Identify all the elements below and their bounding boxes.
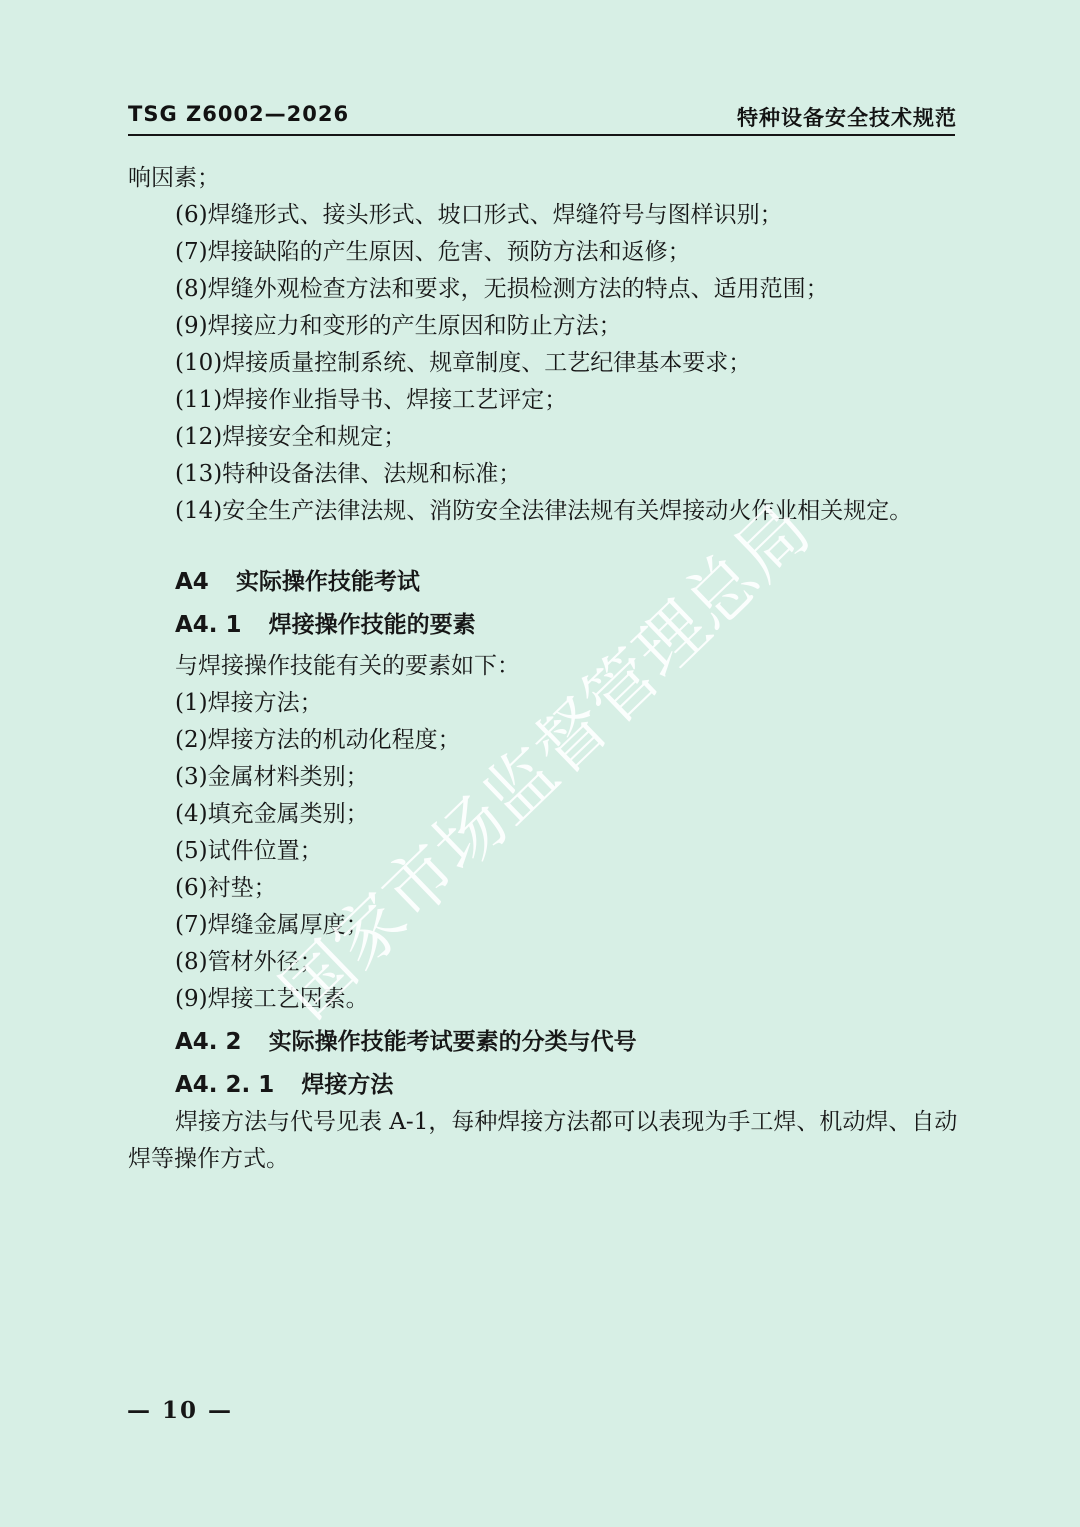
knowledge-item: (6)焊缝形式、接头形式、坡口形式、焊缝符号与图样识别； (128, 197, 964, 234)
knowledge-item: (11)焊接作业指导书、焊接工艺评定； (128, 382, 964, 419)
skill-item: (2)焊接方法的机动化程度； (128, 722, 964, 759)
skill-item: (5)试件位置； (128, 833, 964, 870)
section-number: A4. 2. 1 (175, 1067, 274, 1104)
a41-intro-line: 与焊接操作技能有关的要素如下： (128, 648, 964, 685)
header-doc-code: TSG Z6002—2026 (128, 102, 349, 126)
skill-item: (9)焊接工艺因素。 (128, 981, 964, 1018)
document-body: 响因素； (6)焊缝形式、接头形式、坡口形式、焊缝符号与图样识别； (7)焊接缺… (128, 160, 964, 1178)
section-number: A4 (175, 564, 209, 601)
section-title: 实际操作技能考试 (236, 569, 420, 595)
skill-item: (1)焊接方法； (128, 685, 964, 722)
page-number: — 10 — (127, 1397, 233, 1424)
knowledge-item: (14)安全生产法律法规、消防安全法律法规有关焊接动火作业相关规定。 (128, 493, 964, 530)
continuation-line: 响因素； (128, 160, 964, 197)
skill-item: (6)衬垫； (128, 870, 964, 907)
knowledge-item: (12)焊接安全和规定； (128, 419, 964, 456)
section-heading-a4-2-1: A4. 2. 1焊接方法 (128, 1067, 964, 1104)
section-title: 焊接方法 (301, 1072, 393, 1098)
section-heading-a4-1: A4. 1焊接操作技能的要素 (128, 607, 964, 644)
section-heading-a4: A4实际操作技能考试 (128, 564, 964, 601)
skill-item: (8)管材外径； (128, 944, 964, 981)
section-heading-a4-2: A4. 2实际操作技能考试要素的分类与代号 (128, 1024, 964, 1061)
knowledge-item: (13)特种设备法律、法规和标准； (128, 456, 964, 493)
paragraph-line: 焊接方法与代号见表 A-1，每种焊接方法都可以表现为手工焊、机动焊、自动 (128, 1104, 964, 1141)
section-title: 焊接操作技能的要素 (269, 612, 476, 638)
skill-item: (7)焊缝金属厚度； (128, 907, 964, 944)
knowledge-item: (7)焊接缺陷的产生原因、危害、预防方法和返修； (128, 234, 964, 271)
skill-item: (3)金属材料类别； (128, 759, 964, 796)
knowledge-item: (8)焊缝外观检查方法和要求，无损检测方法的特点、适用范围； (128, 271, 964, 308)
section-title: 实际操作技能考试要素的分类与代号 (269, 1029, 637, 1055)
section-number: A4. 2 (175, 1024, 242, 1061)
skill-item: (4)填充金属类别； (128, 796, 964, 833)
header-rule (128, 134, 955, 136)
header-doc-title: 特种设备安全技术规范 (737, 102, 957, 132)
paragraph-line: 焊等操作方式。 (128, 1141, 964, 1178)
section-number: A4. 1 (175, 607, 242, 644)
knowledge-item: (10)焊接质量控制系统、规章制度、工艺纪律基本要求； (128, 345, 964, 382)
document-page: TSG Z6002—2026 特种设备安全技术规范 响因素； (6)焊缝形式、接… (0, 0, 1080, 1527)
knowledge-item: (9)焊接应力和变形的产生原因和防止方法； (128, 308, 964, 345)
